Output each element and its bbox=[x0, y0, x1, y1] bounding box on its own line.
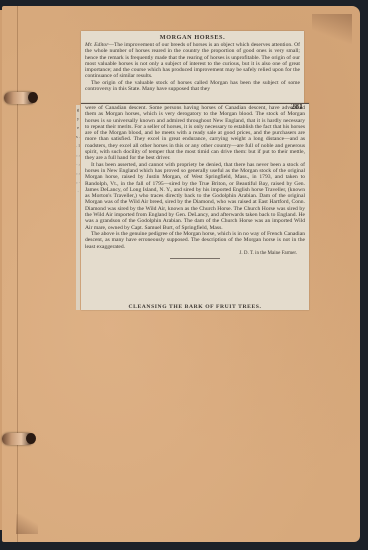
clipping-main: 281 were of Canadian descent. Some perso… bbox=[81, 103, 309, 310]
hole-icon bbox=[28, 92, 38, 103]
paragraph-text: —The improvement of our breeds of horses… bbox=[85, 42, 300, 79]
paragraph: It has been asserted, and cannot with pr… bbox=[85, 162, 305, 231]
divider bbox=[170, 258, 220, 259]
divider bbox=[81, 103, 309, 104]
signature: J. D. T. in the Maine Farmer. bbox=[85, 251, 297, 256]
corner-wear bbox=[312, 14, 352, 44]
binding-fold-line bbox=[17, 6, 18, 542]
binding-hole-bottom bbox=[2, 433, 34, 445]
paragraph: The origin of the valuable stock of hors… bbox=[85, 80, 300, 93]
next-article-heading: CLEANSING THE BARK OF FRUIT TREES. bbox=[81, 304, 309, 310]
clipping-top: MORGAN HORSES. Mr. Editor—The improvemen… bbox=[81, 31, 304, 104]
paragraph: Mr. Editor—The improvement of our breeds… bbox=[85, 42, 300, 80]
corner-wear bbox=[16, 514, 38, 534]
headline: MORGAN HORSES. bbox=[85, 34, 300, 41]
adjacent-column-fragment: g y e s . . l , , . , , , , . . bbox=[76, 105, 80, 310]
paragraph: The above is the genuine pedigree of the… bbox=[85, 231, 305, 250]
paragraph: were of Canadian descent. Some persons h… bbox=[85, 105, 305, 162]
binding-hole-top bbox=[4, 92, 36, 104]
hole-icon bbox=[26, 433, 36, 444]
